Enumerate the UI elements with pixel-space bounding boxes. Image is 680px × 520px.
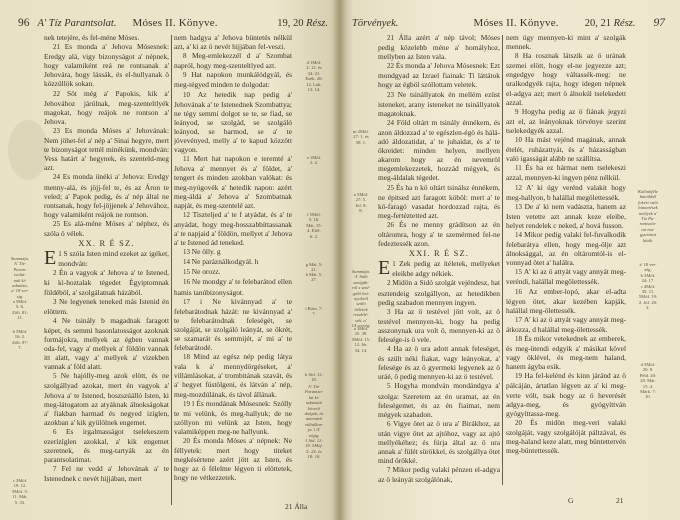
verse-number: 11 bbox=[515, 164, 525, 172]
verse-number: 19 bbox=[183, 400, 192, 408]
margin-note: k Sid. 12: 18. bbox=[297, 372, 331, 383]
verse-number: 15 bbox=[515, 268, 524, 276]
verse: 14 Ne paráználkodgyál. h bbox=[174, 257, 292, 267]
verse-number: 20 bbox=[515, 419, 530, 427]
margin-note: d 3Móf. 20: 9. Péld. 20: 20. Mát. 15: 4.… bbox=[631, 362, 665, 400]
verse: 26 És ne menny grádítson az én oltáromra… bbox=[378, 220, 500, 248]
page-number: 97 bbox=[654, 17, 666, 29]
verse: 24 Föld oltárt m tsinály énnékem, és azo… bbox=[378, 118, 500, 183]
verse-number: 23 bbox=[387, 91, 398, 99]
right-page: Törvények. Móses II. Könyve. 20, 21 Rész… bbox=[340, 0, 680, 520]
verse: 13 De a' ki nem vadászta, hanem az Isten… bbox=[506, 202, 626, 230]
verse-number: 24 bbox=[53, 173, 63, 181]
verse-number: 22 bbox=[53, 90, 67, 98]
verse: 19 l És mondának Mósesnek: Szólly te mi … bbox=[174, 399, 292, 436]
verse-number: 18 bbox=[183, 353, 194, 361]
margin-note: a 5Móf. 5: 6. Zölt. 81: 11. bbox=[3, 299, 37, 321]
right-column-1: 21 Álla azért a' nép távol; Móses pedig … bbox=[378, 33, 500, 485]
verse-number: 1 bbox=[58, 250, 63, 258]
verse-number: 12 bbox=[515, 184, 526, 192]
verse-number: 19 bbox=[515, 372, 524, 380]
column-divider bbox=[502, 35, 503, 485]
verse-number: 26 bbox=[387, 221, 399, 229]
verse: 20 És midön meg-veri valaki szolgáját, v… bbox=[506, 418, 626, 455]
verse: 9 Hat napokon munkálódgyál, és meg-tégye… bbox=[174, 70, 292, 89]
verse-number: 25 bbox=[53, 220, 64, 228]
verse-number: 14 bbox=[515, 231, 524, 239]
page-number: 96 bbox=[18, 17, 30, 29]
verse-number: 18 bbox=[515, 335, 524, 343]
verse-number: 8 bbox=[183, 52, 192, 60]
verse: 20 És monda Móses a' népnek: Ne féllyete… bbox=[174, 436, 292, 482]
verse-number: 7 bbox=[387, 466, 392, 474]
margin-note: m 2Móf. 27: 1. és 38: 1. bbox=[344, 129, 378, 145]
verse-number: 16 bbox=[515, 288, 529, 296]
verse: 9 Hogyha pedig az ö fiának jegyzi azt el… bbox=[506, 107, 626, 135]
verse: 15 Ne orozz. bbox=[174, 267, 292, 277]
verse: 2 Midön a Sidó szolgát vejéndesz, hat es… bbox=[378, 278, 500, 306]
verse: 24 Es monda ünéki a' Jehova: Eredgy menn… bbox=[44, 172, 169, 218]
chapter-numbers: 20, 21 bbox=[585, 18, 611, 29]
verse: 10 Ha mást vejénd magának, annak ételét,… bbox=[506, 135, 626, 163]
verse: 6 Es irgalmasságot tselekeszem ezerízígl… bbox=[44, 427, 169, 464]
chapter-label: Rész. bbox=[614, 18, 636, 29]
verse: 5 Hogyha mondván mondándgya a' szolga: S… bbox=[378, 381, 500, 418]
verse-continuation: nek tetejére, és fel-méne Móses. bbox=[44, 33, 169, 42]
verse-number: 25 bbox=[387, 184, 396, 192]
verse: 25 És ha n kö oltárt tsinálsz énnékem, n… bbox=[378, 183, 500, 220]
section-title: A' Tíz Parantsolat. bbox=[38, 18, 117, 29]
right-running-head: Törvények. Móses II. Könyve. 20, 21 Rész… bbox=[352, 17, 665, 31]
margin-note: h Mát. 5: 27. bbox=[297, 272, 331, 283]
margin-note: b 5Móf. 16: 2. Zölt. 97: 7. bbox=[3, 329, 37, 351]
verse-number: 17 bbox=[183, 298, 200, 306]
verse: 13 Ne ölly. g bbox=[174, 247, 292, 257]
verse: 14 Mikor pedig valaki fel-fuvalkodik fel… bbox=[506, 230, 626, 267]
verse-number: 15 bbox=[183, 268, 192, 276]
verse-number: 17 bbox=[515, 316, 524, 324]
verse: 6 Vigye ötet az ö ura a' Birákhoz, az ut… bbox=[378, 419, 500, 465]
verse: 23 Es monda Móses a' Jehovának: Nem jöhe… bbox=[44, 126, 169, 172]
margin-note: c 3Móf. 19: 12. 5Móf. 5: 11. Mát. 5: 33. bbox=[3, 478, 37, 505]
signature-mark: G bbox=[568, 496, 573, 505]
margin-note: Különbféle bünökkél fokért való büntetés… bbox=[631, 189, 665, 243]
verse: 21 Álla azért a' nép távol; Móses pedig … bbox=[378, 33, 500, 61]
verse: 12 A' ki úgy verénd valakit hogy meg-hal… bbox=[506, 183, 626, 202]
margin-note: a 3Móf. 25: 39. 5Móf. 15: 12. Jér. 34: 1… bbox=[344, 326, 378, 353]
chapter-label: Rész. bbox=[306, 18, 328, 29]
verse-number: 22 bbox=[387, 62, 396, 70]
verse-number: 5 bbox=[387, 382, 394, 390]
verse: 17 i Ne kivánnyad a' te felebarátodnak h… bbox=[174, 297, 292, 353]
chapter-numbers: 19, 20 bbox=[277, 18, 303, 29]
verse: 12 Tiszteljed a' te f atyádat, és a' te … bbox=[174, 210, 292, 247]
verse: 3 Ha az ö testével jött volt, az ö testé… bbox=[378, 307, 500, 344]
margin-note: n 5Móf. 27: 5. Jóf. 8: 8. bbox=[344, 192, 378, 214]
verse: 18 És mikor vetekednek az emberek, és me… bbox=[506, 334, 626, 371]
catchword: 21 bbox=[616, 496, 624, 505]
verse-number: 5 bbox=[53, 372, 61, 380]
verse-number: 21 bbox=[387, 34, 399, 42]
left-running-head: 96 A' Tíz Parantsolat. Móses II. Könyve.… bbox=[18, 17, 328, 31]
verse: 4 Ne tsinály b magadnak faragott képet, … bbox=[44, 316, 169, 372]
verse: 11 Mert hat napokon e teremté a' Jehova … bbox=[174, 154, 292, 210]
verse: 17 A' ki az ö attyát vagy annyát meg-átk… bbox=[506, 315, 626, 334]
left-page: 96 A' Tíz Parantsolat. Móses II. Könyve.… bbox=[0, 0, 340, 520]
margin-note: a' 18 ver- ség. b 3Móf. 24: 17. c 4Móf. … bbox=[631, 262, 665, 311]
verse-number: 3 bbox=[387, 308, 395, 316]
verse-continuation: nem úgy mennyen-ki mint a' szolgák menne… bbox=[506, 33, 626, 51]
margin-note: d 1Móf. 2: 12. és 34: 21. Ezék. 20: 12. … bbox=[297, 60, 331, 92]
chapter-heading: XXI. R É SZ. bbox=[378, 249, 500, 258]
verse-number: 4 bbox=[387, 345, 393, 353]
verse-number: 9 bbox=[183, 71, 191, 79]
drop-cap: E bbox=[44, 250, 56, 267]
verse: 19 Ha fel-kelénd és kinn járánd az ö pál… bbox=[506, 371, 626, 417]
verse: 25 Es alá-méne Móses a' néphez, és szóla… bbox=[44, 219, 169, 238]
chapter-heading: XX. R É SZ. bbox=[44, 239, 169, 248]
verse: 21 Es monda a' Jehova Mósesnek: Eredgy a… bbox=[44, 42, 169, 88]
verse-continuation: nem hadgya a' Jehova büntetés nélkül azt… bbox=[174, 33, 292, 51]
verse-number: 11 bbox=[183, 155, 194, 163]
verse-number: 20 bbox=[183, 437, 193, 445]
verse-number: 13 bbox=[183, 248, 192, 256]
verse: 8 Meg-emlekezzél d a' Szombat napról, ho… bbox=[174, 51, 292, 70]
verse: 11 És ha ez hármat nem tselekeszi azzal,… bbox=[506, 163, 626, 182]
verse-number: 23 bbox=[53, 127, 65, 135]
verse: 10 Az hetedik nap pedig a' Jehovának a' … bbox=[174, 90, 292, 155]
verse: 8 Ha rosznak látszik az ö urának szemei … bbox=[506, 51, 626, 107]
verse-number: 24 bbox=[387, 119, 397, 127]
verse-number: 1 bbox=[392, 260, 399, 268]
verse: 16 Ne mondgy a' te felebarátod ellen ham… bbox=[174, 277, 292, 296]
verse-number: 3 bbox=[53, 298, 59, 306]
book-title: Móses II. Könyve. bbox=[473, 17, 558, 29]
verse: 1 ES szóla Isten mind ezeket az igéket, … bbox=[44, 249, 169, 268]
verse: 7 Mikor pedig valaki pénzen el-adgya az … bbox=[378, 465, 500, 484]
margin-note: f 5Móf. 5: 16. Mát. 15: 4. Eféf. 6: 2. bbox=[297, 212, 331, 239]
verse: 22 Söt még a' Papokis, kik a' Jehovához … bbox=[44, 89, 169, 126]
verse-number: 4 bbox=[53, 317, 62, 325]
verse: 7 Fel ne vedd a' Jehovának a' te Istened… bbox=[44, 464, 169, 483]
section-title: Törvények. bbox=[352, 18, 398, 29]
verse: 16 Az ember-lopó, akar el-adta légyen öt… bbox=[506, 287, 626, 315]
margin-note: e 1Móf. 2: 2. bbox=[297, 155, 331, 166]
verse-number: 12 bbox=[183, 211, 193, 219]
book-title: Móses II. Könyve. bbox=[132, 17, 217, 29]
drop-cap: E bbox=[378, 260, 390, 277]
paper-stain bbox=[8, 120, 48, 180]
book-gutter bbox=[333, 0, 347, 520]
verse-number: 13 bbox=[515, 203, 525, 211]
verse: 23 Ne tsinállyatok én mellém ezüst isten… bbox=[378, 90, 500, 118]
margin-note: i Róm. 7: 7. bbox=[297, 306, 331, 317]
verse-number: 7 bbox=[53, 465, 62, 473]
verse-number: 9 bbox=[515, 108, 522, 116]
left-column-1: nek tetejére, és fel-méne Móses.21 Es mo… bbox=[44, 33, 169, 484]
verse-number: 10 bbox=[515, 136, 525, 144]
verse: 5 Ne hajólly-meg azok elött, és ne szolg… bbox=[44, 371, 169, 427]
book-spread: 96 A' Tíz Parantsolat. Móses II. Könyve.… bbox=[0, 0, 680, 520]
margin-note: Summája. A' Tíz- Paran- tsolat- nak ki- … bbox=[3, 256, 37, 299]
left-column-2: nem hadgya a' Jehova büntetés nélkül azt… bbox=[174, 33, 292, 483]
verse-number: 14 bbox=[183, 258, 192, 266]
chapter-range: 19, 20 Rész. bbox=[277, 18, 328, 29]
verse: 22 És monda a' Jehova Mósesnek: Ezt mond… bbox=[378, 61, 500, 89]
verse-number: 21 bbox=[53, 43, 65, 51]
verse-number: 8 bbox=[515, 52, 523, 60]
right-column-2: nem úgy mennyen-ki mint a' szolgák menne… bbox=[506, 33, 626, 455]
verse-number: 6 bbox=[387, 420, 393, 428]
verse-number: 2 bbox=[53, 269, 59, 277]
verse: 1 EZek pedig az ítéletek, mellyeket elei… bbox=[378, 259, 500, 278]
chapter-range: 20, 21 Rész. bbox=[585, 18, 636, 29]
margin-note: Summája. A' Sidó szolgák- ról s szol- gá… bbox=[344, 269, 378, 328]
verse-number: 6 bbox=[53, 428, 66, 436]
verse-number: 16 bbox=[183, 278, 192, 286]
verse: 18 Mind az egész nép pedig látya vala k … bbox=[174, 352, 292, 398]
verse-number: 10 bbox=[183, 91, 198, 99]
column-divider bbox=[171, 35, 172, 505]
verse: 3 Ne legyenek teneked más Istenid én elö… bbox=[44, 297, 169, 316]
margin-note: A' Tíz- Parantso- lat ki- adatását követ… bbox=[297, 384, 331, 460]
verse: 4 Ha az ö ura adott annak feleséget, és … bbox=[378, 344, 500, 381]
verse: 15 A' ki az ö attyát vagy annyát meg-ver… bbox=[506, 267, 626, 286]
verse: 2 Én a vagyok a' Jehova a' te Istened, k… bbox=[44, 268, 169, 296]
catchword: 21 Álla bbox=[285, 502, 307, 511]
verse-number: 2 bbox=[387, 279, 392, 287]
